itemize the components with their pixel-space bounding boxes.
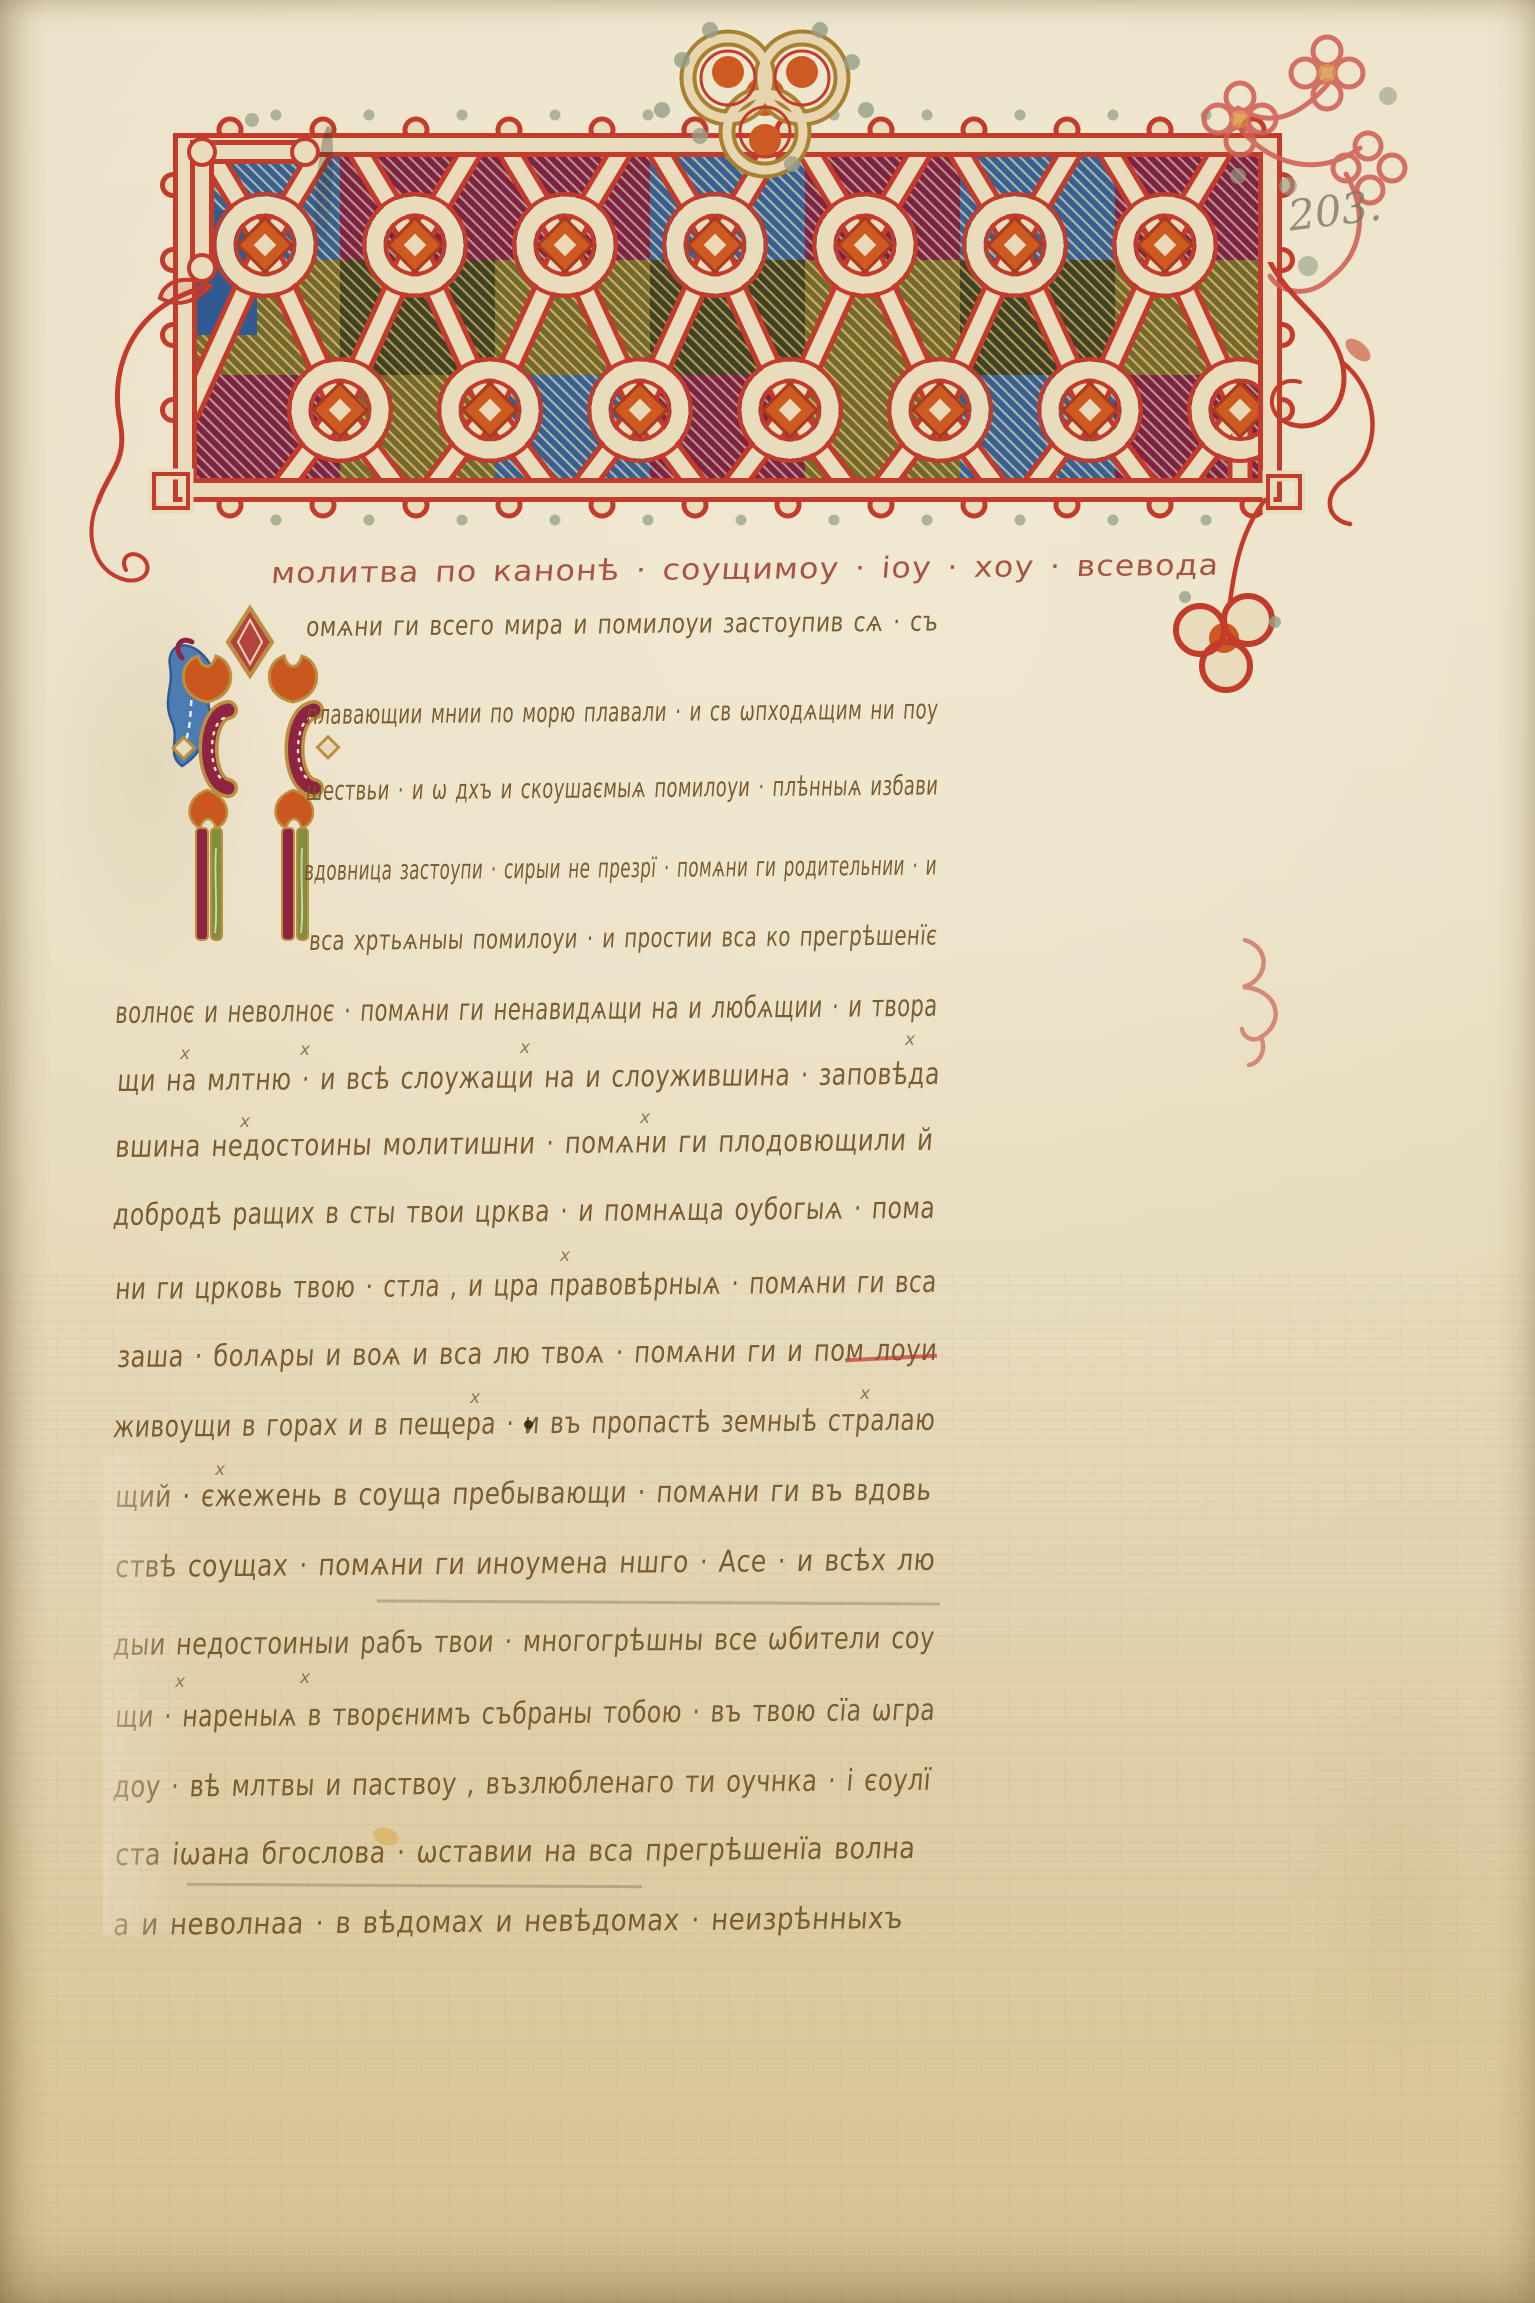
text-line: вса хртьѧныы помилоуи · и простии вса ко… [308,920,939,957]
superscript-mark: х [520,1038,530,1058]
text-line: дыи недостоиныи рабъ твои · многогрѣшны … [112,1621,936,1663]
margin-mark-icon [1215,925,1315,1075]
pencil-line [377,1600,940,1606]
superscript-mark: х [215,1460,225,1480]
superscript-mark: х [180,1044,190,1064]
text-line: заша · болѧры и воѧ и вса лю твоѧ · помѧ… [116,1333,939,1375]
superscript-mark: х [640,1108,650,1128]
text-line: шествьи · и ѡ дхъ и скоушаємыѧ помилоуи … [305,770,940,807]
superscript-mark: х [905,1030,915,1050]
left-flourish-icon [68,272,218,622]
text-line: волноє и неволноє · помѧни ги ненавидѧщи… [114,989,939,1031]
pencil-line [187,1883,642,1888]
text-line: ствѣ соущах · помѧни ги иноумена ншго · … [114,1543,937,1585]
text-line: доу · вѣ млтвы и паствоу , възлюбленаго … [112,1763,932,1805]
text-line: ни ги црковь твою · стла , и цра правовѣ… [114,1265,938,1307]
text-line: добродѣ ращих в сты твои црква · и помнѧ… [112,1191,937,1233]
pendant-knot-icon [1176,591,1281,690]
rubric-line: молитва по канонѣ · соущимоу · іоу · хоу… [270,548,1221,590]
superscript-mark: х [175,1672,185,1692]
superscript-mark: х [560,1246,570,1266]
text-line: щи на млтню · и всѣ слоужащи на и слоужи… [116,1057,941,1099]
superscript-mark: х [860,1384,870,1404]
superscript-mark: х [300,1668,310,1688]
text-line: вдовница застоупи · сирыи не презрї · по… [303,850,938,887]
superscript-mark: х [240,1112,250,1132]
text-line: ста іѡана бгослова · ѡставии на вса прег… [114,1831,917,1873]
superscript-mark: х [470,1388,480,1408]
text-line: щи · нареныѧ в творєнимъ събраны тобою ·… [114,1693,937,1735]
manuscript-page: 203. молитва по канонѣ · соущимоу · іоу … [0,0,1535,2303]
text-line: а и неволнаа · в вѣдомах и невѣдомах · н… [112,1901,904,1943]
ink-dot [524,1420,533,1429]
text-line: щий · єжежень в соуща пребывающи · помѧн… [114,1473,933,1515]
right-flourish-icon [1140,262,1420,732]
text-line: плавающии мнии по морю плавали · и св ѡп… [305,694,940,731]
text-line: омѧни ги всего мира и помилоуи застоупив… [305,606,940,643]
superscript-mark: х [300,1040,310,1060]
parchment-stain [1280,1650,1520,2110]
text-line: вшина недостоины молитишни · помѧни ги п… [114,1123,935,1165]
triquetra-knot-icon [640,14,890,184]
